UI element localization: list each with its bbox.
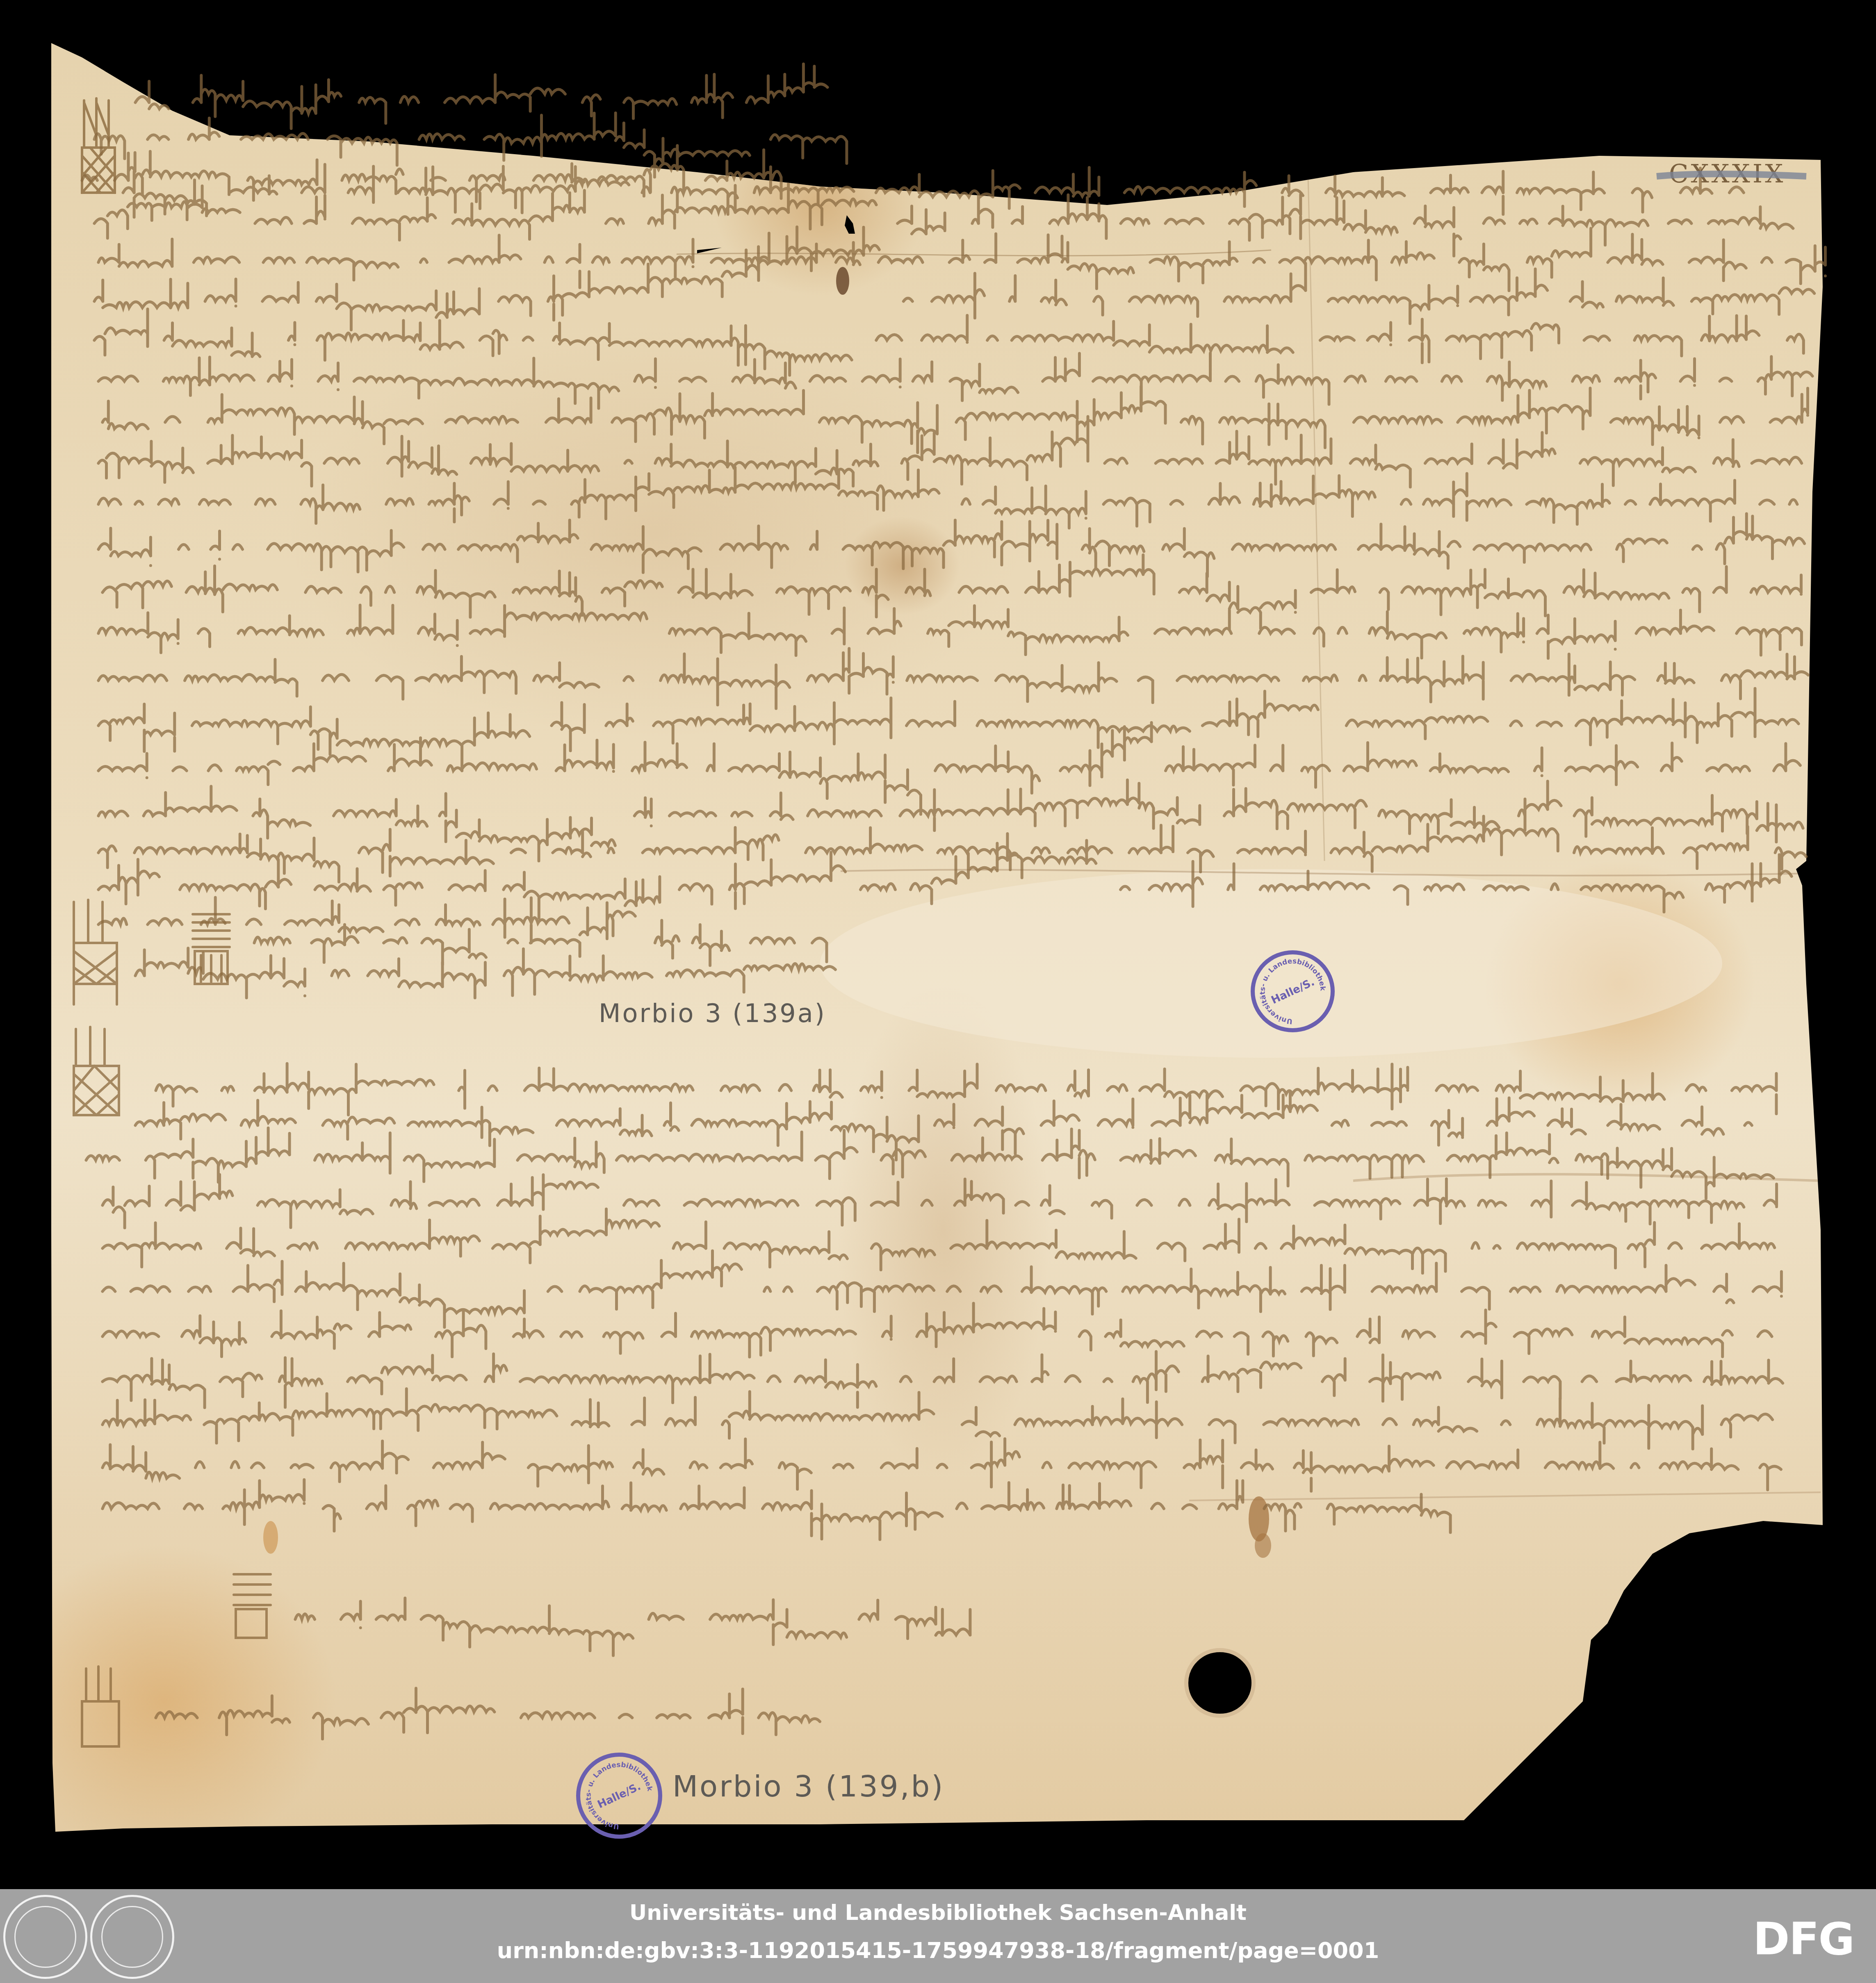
seal-hole: [1186, 1650, 1254, 1716]
library-stamp-1: Universitäts- u. Landesbibliothek Halle/…: [1251, 950, 1335, 1032]
folio-number: CXXXIX: [1657, 159, 1806, 189]
parchment-svg: CXXXIX: [0, 0, 1876, 1889]
shelfmark-139b: Morbio 3 (139,b): [672, 1769, 944, 1803]
institution-name: Universitäts- und Landesbibliothek Sachs…: [0, 1901, 1876, 1925]
urn-identifier: urn:nbn:de:gbv:3:3-1192015415-1759947938…: [0, 1937, 1876, 1963]
shelfmark-139a: Morbio 3 (139a): [599, 998, 826, 1028]
manuscript-scan: CXXXIX Morbio 3 (139a) Morbio 3 (139,b) …: [0, 0, 1876, 1889]
library-stamp-2: Universitäts- u. Landesbibliothek Halle/…: [576, 1753, 662, 1839]
dfg-logo: DFG: [1753, 1914, 1854, 1965]
footer-bar: Universitäts- und Landesbibliothek Sachs…: [0, 1889, 1876, 1983]
